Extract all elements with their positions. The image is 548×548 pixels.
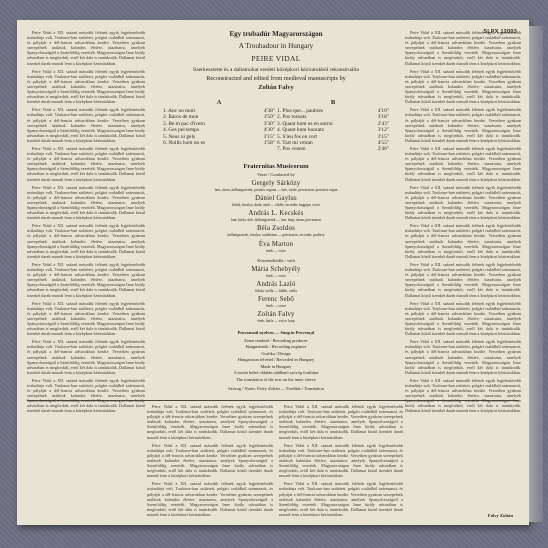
edit-note-hungarian: Szerkesztette és a dallamokat eredeti kö… (149, 67, 403, 74)
record-sleeve: SLPX 12003 Peire Vidal a XII. század más… (17, 20, 529, 525)
liner-notes-bottom-right: Peire Vidal a XII. század második feléne… (279, 404, 403, 516)
performer-instruments: ének, hárfa — voice, harp (149, 319, 403, 323)
performer-instruments: fidula, viella — fiddle, viella (149, 289, 403, 293)
language-note: Provanszál nyelven — Sung in Provençal (149, 330, 403, 336)
performer-name: András L. Kecskés (149, 210, 403, 217)
performer-instruments: lant, hárfa, dob, ütőhangszerek — lute, … (149, 218, 403, 222)
credit-line: The translation of the text on the inner… (149, 377, 403, 383)
performers: Gergely Sárközylant, citera, ütőhangszer… (149, 180, 403, 253)
performer-name: Éva Marton (149, 241, 403, 248)
tracklist: A 1. Anc no mori4'38"2. Baros de mon1'50… (163, 99, 389, 153)
ensemble-sub: Vezet / Conducted by (149, 172, 403, 177)
side-b: B 1. Plus que... paubres4'10"2. Pos torn… (277, 99, 389, 153)
credits: Zenei rendező / Recording producerHangmé… (149, 338, 403, 383)
liner-notes-right: Peire Vidal a XII. század második feléne… (405, 30, 521, 520)
track-row: 7. Pos vezem2'46" (277, 146, 389, 152)
track-title: 6. Nuills hom no es (163, 140, 205, 146)
editor-name: Zoltán Falvy (149, 84, 403, 91)
track-row: 6. Nuills hom no es1'58" (163, 140, 275, 146)
performer-instruments: ének — voice (149, 249, 403, 253)
credits-footer: Szöveg / Notes: Falvy Zoltán — Fordítás … (149, 386, 403, 392)
side-a: A 1. Anc no mori4'38"2. Baros de mon1'50… (163, 99, 275, 153)
side-b-label: B (277, 99, 389, 106)
performer-instruments: lant, citera, ütőhangszerek, portatív or… (149, 188, 403, 192)
performer-name: Dániel Gaylus (149, 195, 403, 202)
track-time: 2'46" (378, 146, 389, 152)
center-panel: Egy trubadúr Magyarországon A Troubadour… (149, 20, 403, 392)
performer-name: Ferenc Sebő (149, 296, 403, 303)
side-a-label: A (163, 99, 275, 106)
title-hungarian: Egy trubadúr Magyarországon (149, 30, 403, 38)
ensemble-name: Fraternitas Musicorum (149, 163, 403, 170)
performer-instruments: ének — voice (149, 274, 403, 278)
liner-notes-bottom-left: Peire Vidal a XII. század második feléne… (147, 404, 273, 516)
title-english: A Troubadour in Hungary (149, 42, 403, 50)
edit-note-english: Reconstructed and edited from medieval m… (149, 75, 403, 82)
guests-label: Közreműködik / with (149, 258, 403, 263)
performer-name: Béla Zsoldos (149, 225, 403, 232)
author-signature: Falvy Zoltán (488, 513, 513, 518)
performer-instruments: ének — voice (149, 304, 403, 308)
artist-name: PEIRE VIDAL (149, 54, 403, 63)
guests: Mária Schebyélyének — voiceAndrás Lazlóf… (149, 266, 403, 324)
performer-name: Gergely Sárközy (149, 180, 403, 187)
performer-name: Zoltán Falvy (149, 311, 403, 318)
performer-instruments: ütőhangszerek, furulya, szaltérium — per… (149, 233, 403, 237)
performer-name: András Lazló (149, 281, 403, 288)
performer-name: Mária Schebyély (149, 266, 403, 273)
track-title: 7. Pos vezem (277, 146, 306, 152)
performer-instruments: fidula, furulya, duda, ének — fiddle, re… (149, 203, 403, 207)
divider-line (27, 400, 519, 401)
track-time: 1'58" (264, 140, 275, 146)
liner-notes-left: Peire Vidal a XII. század második feléne… (27, 30, 145, 520)
